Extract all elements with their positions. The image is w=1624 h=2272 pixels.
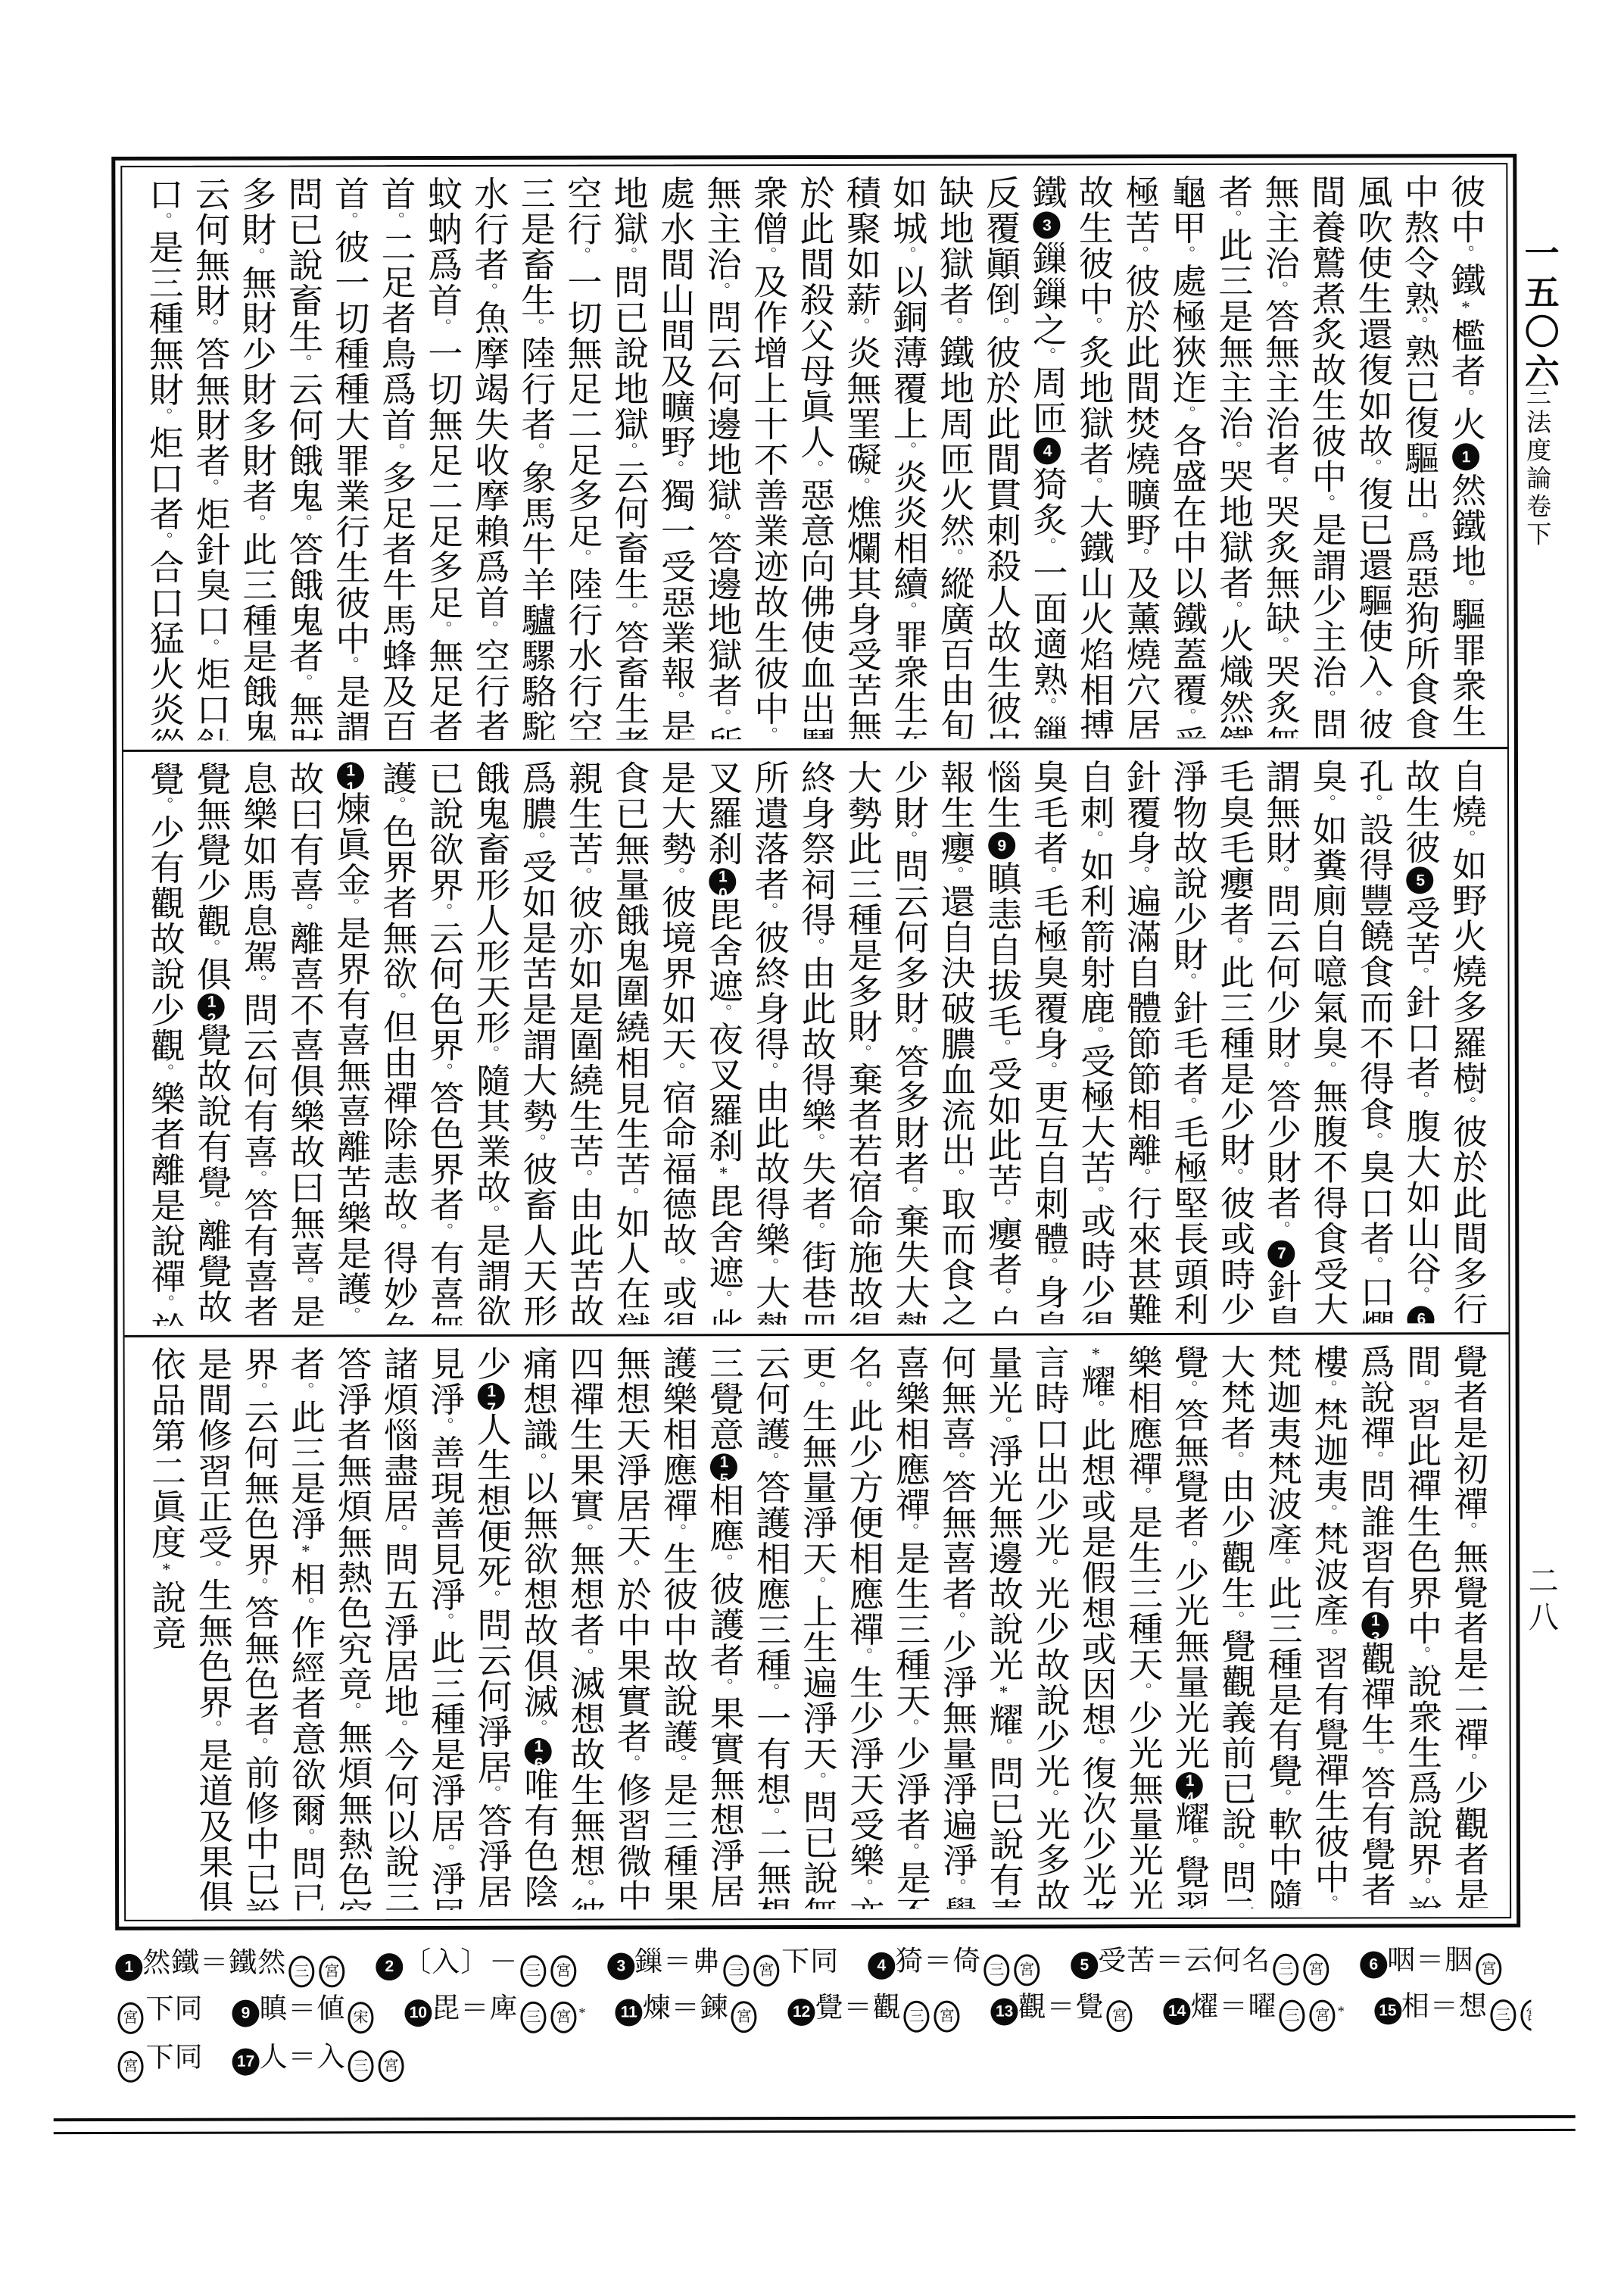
footnote-marker: 9 [232,2000,259,2027]
footnote-marker: 6 [1407,1306,1435,1323]
footnote-line: 宮下同 9瞋＝値宋 10毘＝庳三宮* 11煉＝鍊宮 12覺＝觀三宮 13觀＝覺宮… [115,1985,1531,2036]
text-column: 息樂如馬息駕。問云何有喜。答有喜者。有 [235,761,282,1325]
edition-siglum: 宮 [117,2002,143,2034]
text-column: 痛想識。以無欲想故俱滅。16唯有色陰行陰 [515,1345,562,1909]
text-column: 11煉眞金。是界有喜無喜離苦樂是護。喜俱樂 [328,761,375,1325]
footnote-marker: 4 [868,1952,895,1980]
bottom-rule-upper [54,2115,1576,2121]
edition-siglum: 宮 [379,2050,404,2082]
text-column: 三覺意15相應。彼護者。果實無想淨居。修習 [701,1345,748,1909]
text-column: 首。彼一切種種大罪業行生彼中。是謂畜生。 [326,176,373,740]
text-column: 地獄。問已說地獄。云何畜生。答畜生者。陸水 [606,175,653,739]
text-column: 者。此三是無主治。哭地獄者。火熾然鐵似如 [1210,174,1257,738]
text-column: 云何無財。答無財者。炬針臭口。炬口針口臭 [187,176,234,741]
edition-siglum: 三 [520,2002,546,2033]
text-column: 衆僧。及作增上十不善業迹故生彼中。是謂 [745,175,792,739]
text-column: 如城。以銅薄覆上。炎炎相續。罪衆生在中 [884,175,931,739]
footnote-line: 宮下同 17人＝入三宮 [115,2033,1531,2083]
footnote-marker: 10 [404,1999,432,2027]
text-column: 間養鷲煮炙故生彼中。是謂少主治。問云何 [1303,174,1350,738]
edition-siglum: 三 [983,1954,1009,1986]
text-column: 是間修習正受。生無色界。是道及果俱說 [189,1346,236,1910]
text-column: 四禪生果實。無想者。滅想故生無想。彼滅 [561,1345,608,1909]
band-middle: 自燒。如野火燒多羅樹。彼於此間多行慳貪故生彼5受苦。針口者。腹大如山谷。6咽如針… [123,749,1509,1334]
edition-siglum: 宮 [550,1955,576,1987]
text-column: 缺地獄者。鐵地周匝火然。縱廣百由旬。四門 [931,175,978,739]
footnote-marker: 12 [788,1999,815,2026]
folio-number: 二八 [1520,1565,1563,1637]
text-column: 大梵者。由少觀生。覺觀義前已說。問云何無 [1212,1344,1259,1908]
text-column: 是大勢。彼境界如天。宿命福德故。或得妙食。 [653,760,700,1325]
edition-siglum: 宮 [753,1955,779,1986]
footnote-line: 1然鐵＝鐵然三宮 2〔入〕－三宮 3鏁＝丳三宮下同 4猗＝倚三宮 5受苦＝云何名… [115,1939,1531,1988]
footnote-marker: 2 [376,1953,403,1980]
text-column: 量光。淨光無邊故說光*耀。問已說有喜。云 [980,1344,1027,1908]
page-number: 一五〇六 [1514,235,1564,392]
text-column: 風吹使生還復如故。復已還驅使入。彼於此 [1349,173,1396,738]
footnote-marker: 6 [1360,1951,1387,1978]
text-column: 言時口出少光。光少故說少光。光多故說無 [1027,1344,1074,1908]
text-column: 積聚如薪。炎無罣礙。燋爛其身受苦無缺。彼 [838,175,885,739]
edition-siglum: 三 [288,1955,314,1987]
edition-siglum: 宮 [1303,1954,1329,1986]
text-column: 云何護。答護相應三種。一有想。二無想。 [747,1345,794,1909]
text-column: 謂無財。問云何少財。答少財者。7針臭毛8癭。 [1258,759,1304,1323]
text-column: 何無喜。答無喜者。少淨無量淨遍淨。覺習無 [934,1344,980,1908]
text-box: 彼中。鐵*檻者。火1然鐵地。驅罪衆生使2入中熬令熟。熟已復驅出。爲惡狗所食食肉盡… [111,154,1520,1930]
text-column: 終身祭祠得。由此故得樂。失者。街巷四道 [793,760,840,1324]
edition-siglum: 宮 [550,2002,576,2033]
text-column: 無想天淨居天。於中果實者。修習微中上第 [608,1345,655,1909]
footnote-marker: 7 [1267,1240,1295,1267]
text-column: 已說欲界。云何色界。答色界者。有喜無喜 [420,760,467,1325]
text-column: 惱生9瞋恚自拔毛。受如此苦。癭者。自罪業 [979,760,1026,1324]
footnote-marker: 14 [1176,1772,1203,1799]
text-column: 極苦。彼於此間焚燒曠野。及薰燒穴居衆生 [1117,174,1164,738]
text-column: 覺者是初禪。無覺者是二禪。少觀者是初中 [1445,1344,1492,1908]
text-column: 食已無量餓鬼圍繞相見生苦。如人在獄見 [606,760,653,1325]
footnote-marker: 1 [115,1954,142,1981]
text-column: 樂相應禪。是生三種天。少光無量光光 [1119,1344,1166,1908]
text-column: 蚊蚋爲首。一切無足二足多足。無足者蛇爲 [419,176,466,740]
scanned-sutra-page: 一五〇六 三法度論卷下 二八 彼中。鐵*檻者。火1然鐵地。驅罪衆生使2入中熬令熟… [0,0,1624,2272]
text-column: 臭。如糞廁自噫氣臭。無腹不得食受大苦。是 [1304,759,1351,1323]
text-column: 中熬令熟。熟已復驅出。爲惡狗所食食肉盡 [1396,173,1443,738]
footnote-marker: 3 [607,1952,634,1980]
text-column: 餓鬼畜形人形天形。隨其業故。是謂欲界。問 [467,760,514,1325]
text-column: 空行。一切無足二足多足。陸行水行空行。此 [559,176,606,740]
footnote-marker: 5 [1071,1952,1098,1979]
text-column: 無主治。答無主治者。哭炙無缺。哭炙無缺 [1256,174,1303,738]
text-column: 龜甲。處極狹迮。各盛在中以鐵蓋覆。受如此 [1164,174,1211,738]
text-column: 樓。梵迦夷。梵波產。習有覺禪生彼中。梵富樓 [1305,1344,1352,1908]
text-column: 少財。問云何多財。答多財者。棄失大勢。棄失 [886,760,933,1324]
text-column: 鐵3鏁鏁之。周匝4猗炙。一面適熟。鏁自然轉 [1024,174,1071,738]
text-column: 親生苦。彼亦如是圍繞生苦。由此苦故食化 [560,760,607,1325]
text-column: 少17人生想便死。問云何淨居。答淨居者。善 [469,1345,516,1909]
text-column: 三是畜生。陸行者。象馬牛羊驢騾駱駝爲首。 [513,176,560,740]
edition-siglum: 三 [1273,1954,1298,1986]
text-column: 臭毛者。毛極臭覆身。更互自刺體。身臭風發 [1025,760,1072,1324]
footnote-marker: 11 [616,1999,643,2026]
edition-siglum: 宮 [1476,1953,1501,1985]
text-column: 覺無覺少觀。俱12覺故說有覺。離覺故說無 [188,761,235,1325]
edition-siglum: 三 [1280,2000,1305,2032]
band-top: 彼中。鐵*檻者。火1然鐵地。驅罪衆生使2入中熬令熟。熟已復驅出。爲惡狗所食食肉盡… [122,164,1507,750]
edition-siglum: 三 [723,1955,749,1986]
edition-siglum: 三 [904,2001,930,2033]
edition-siglum: 宮 [1014,1954,1040,1986]
band-bottom: 覺者是初禪。無覺者是二禪。少觀者是初中間。習此禪生色界中。說衆生爲說界。說界爲說… [125,1334,1510,1920]
text-column: 報生癭。還自決破膿血流出。取而食之。是謂 [932,760,979,1324]
text-column: 大勢此三種是多財。棄者若宿命施故得殘。 [839,760,886,1324]
text-column: 所遺落者。彼終身得。由此故得樂。大勢者。夜 [746,760,793,1324]
text-column: 諸煩惱盡居。問五淨居地。今何以說三。 [376,1346,422,1910]
edition-siglum: 宮 [319,1955,344,1987]
footnote-marker: 16 [525,1738,552,1765]
edition-siglum: 宮 [731,2001,757,2033]
text-column: 淨物故說少財。針毛者。毛極堅長頭利如 [1164,759,1211,1323]
text-column: 界。云何無色界。答無色者。前修中已說。彼於 [235,1346,282,1910]
footnote-marker: 15 [710,1453,737,1481]
footnote-marker: 17 [232,2049,260,2076]
text-column: 口。是三種無財。炬口者。合口猛火炎從口出 [140,176,187,741]
text-column: 彼中。鐵*檻者。火1然鐵地。驅罪衆生使2入 [1442,173,1489,738]
text-column: 反覆顚倒。彼於此間貫刺殺人故生彼中。無 [977,174,1024,738]
text-column: 者。此三是淨*相。作經者意欲爾。問已說色 [282,1346,329,1910]
text-column: 針覆身。遍滿自體節節相離。行來甚難毛還 [1118,759,1165,1323]
text-column: 多財。無財少財多財者。此三種是餓鬼。問 [233,176,280,740]
edition-siglum: 宮 [118,2051,144,2083]
footnote-marker: 1 [1452,443,1479,470]
edition-siglum: 三 [1490,1999,1516,2031]
footnote-marker: 14 [1164,1998,1191,2025]
text-column: 護樂相應禪。生彼中故說護。是三種果實天 [654,1345,701,1909]
footnote-marker: 15 [1374,1997,1401,2024]
text-column: 依品第二眞度*說竟 [143,1346,190,1910]
edition-siglum: 宋 [348,2002,373,2033]
footnote-marker: 10 [709,869,736,896]
text-column: 故曰有喜。離喜不喜俱樂故曰無喜。是離苦 [281,761,328,1325]
volume-title: 三法度論卷下 [1519,381,1554,549]
text-column: 自刺。如利箭射鹿。受極大苦。或時少得食。 [1071,759,1118,1323]
text-column: 名。此少方便相應禪。生少淨天受樂。亦少中 [840,1344,887,1908]
text-column: *耀。此想或是假想或因想。復次少光者。語 [1073,1344,1120,1908]
footnote-marker: 9 [988,832,1015,860]
text-column: 爲膿。受如是苦是謂大勢。彼畜人天形。是 [513,760,560,1325]
footnote-block: 1然鐵＝鐵然三宮 2〔入〕－三宮 3鏁＝丳三宮下同 4猗＝倚三宮 5受苦＝云何名… [115,1939,1531,2083]
text-column: 問已說畜生。云何餓鬼。答餓鬼者。無財少財 [280,176,327,740]
edition-siglum: 宮 [934,2001,960,2033]
page-content: 一五〇六 三法度論卷下 二八 彼中。鐵*檻者。火1然鐵地。驅罪衆生使2入中熬令熟… [0,0,1624,2272]
text-column: 孔。設得豐饒食而不得食。臭口者。口爛腐 [1351,759,1398,1323]
text-column: 覺。答無覺者。少光無量光光14耀。覺習無覺 [1166,1344,1213,1908]
text-column: 水行者。魚摩竭失收摩賴爲首。空行者。鳥及 [466,176,513,740]
text-column: 無主治。問云何邊地獄。答邊地獄者。所在 [698,175,745,739]
text-column: 故生彼中。炙地獄者。大鐵山火焰相搏。以 [1071,174,1117,738]
text-column: 間。習此禪生色界中。說衆生爲說界。說界 [1398,1344,1445,1908]
text-column: 答淨者無煩無熱色究竟。無煩無熱色究竟 [329,1346,376,1910]
text-column: 更。生無量淨天。上生遍淨天。問已說無喜 [793,1345,840,1909]
text-column: 見淨。善現善見淨。此三種是淨居。淨居 [422,1346,469,1910]
text-column: 覺。少有觀故說少觀。樂者離是說禪。於中有 [142,761,189,1325]
text-column: 處水間山間及曠野。獨一受惡業報。是謂邊 [652,175,699,739]
footnote-marker: 13 [1361,1612,1389,1639]
text-column: 梵迦夷梵波產。此三種是有覺。軟中隨其生。 [1259,1344,1306,1908]
edition-siglum: 三 [520,1955,546,1987]
edition-siglum: 三 [348,2050,374,2082]
footnote-marker: 11 [337,763,364,790]
footnote-marker: 12 [198,994,225,1021]
text-column: 喜樂相應禪。是生三種天。少淨者。是不多 [887,1344,934,1908]
footnote-marker: 4 [1033,437,1061,464]
text-column: 叉羅刹10毘舍遮。夜叉羅刹*毘舍遮。此三種 [700,760,747,1325]
bottom-rule-lower [54,2129,1576,2134]
footnote-marker: 3 [1033,211,1060,239]
edition-siglum: 宮 [1310,2000,1336,2032]
text-column: 爲說禪。問誰習有13觀禪生。答有覺者。梵富 [1352,1344,1399,1908]
footnote-marker: 17 [478,1383,505,1410]
edition-siglum: 宮 [1107,2000,1133,2032]
footnote-marker: 5 [1407,867,1434,894]
text-column: 自燒。如野火燒多羅樹。彼於此間多行慳貪 [1444,758,1491,1322]
text-box-inner: 彼中。鐵*檻者。火1然鐵地。驅罪衆生使2入中熬令熟。熟已復驅出。爲惡狗所食食肉盡… [120,163,1511,1921]
edition-siglum: 宮 [1520,1999,1532,2031]
text-column: 於此間殺父母眞人。惡意向佛使血出鬪亂 [791,175,838,739]
text-column: 首。二足者鳥爲首。多足者牛馬蜂及百足爲 [372,176,419,740]
footnote-marker: 13 [991,1998,1018,2025]
text-column: 護。色界者無欲。但由禪除恚故。得妙色如 [374,760,421,1325]
text-column: 毛臭毛癭者。此三種是少財。彼或時少得 [1211,759,1258,1323]
text-column: 故生彼5受苦。針口者。腹大如山谷。6咽如針 [1397,759,1444,1323]
